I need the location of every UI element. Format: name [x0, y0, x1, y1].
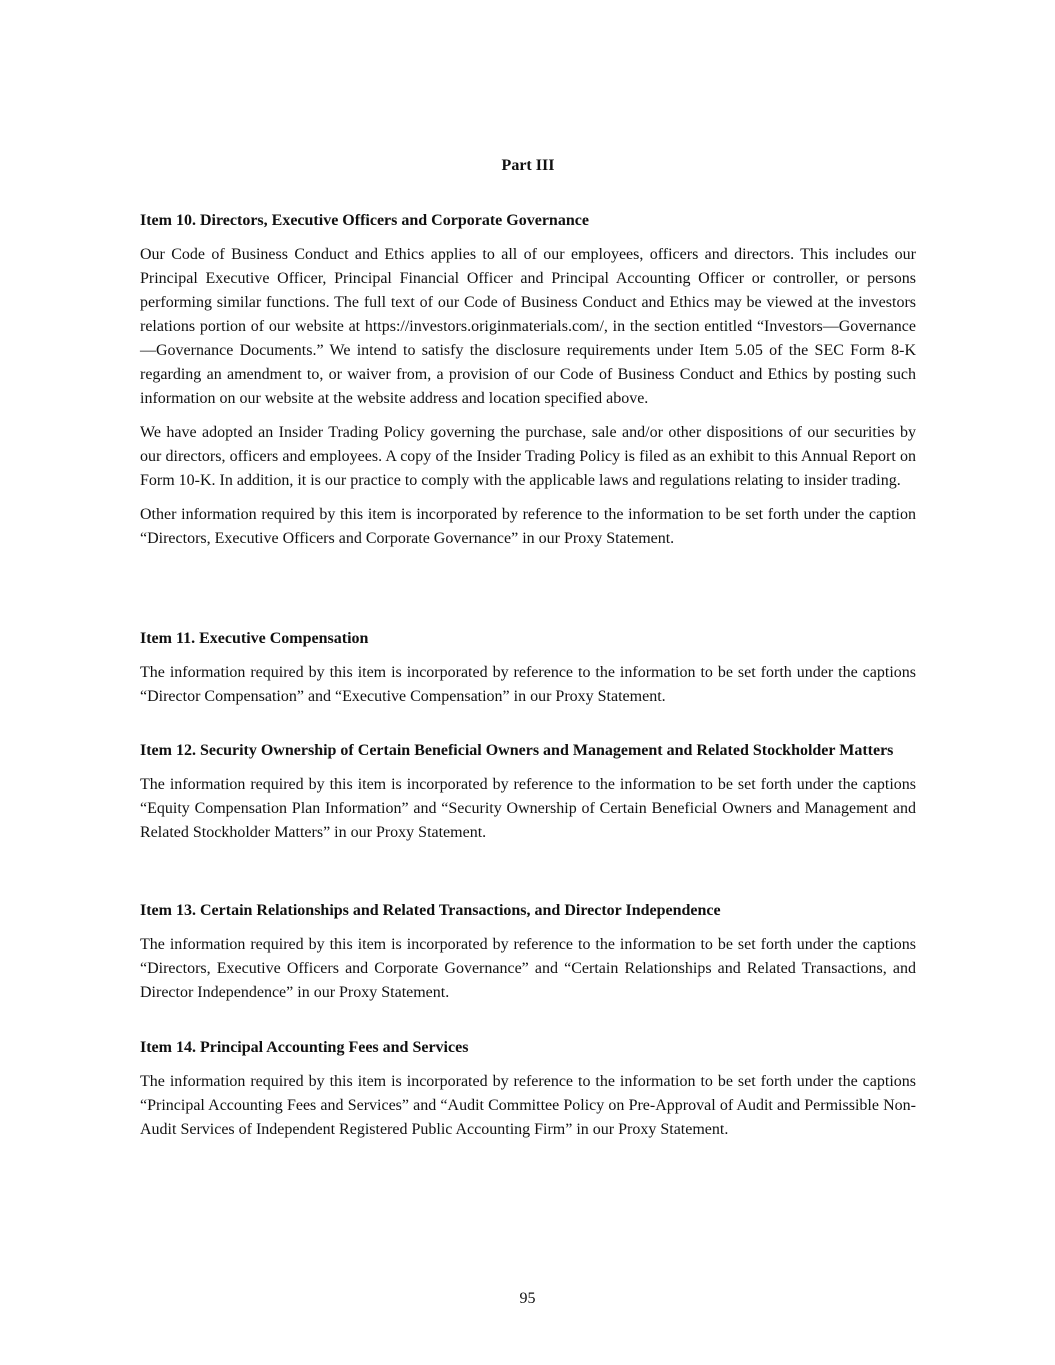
item-14-paragraph: The information required by this item is… — [140, 1070, 916, 1142]
item-10-paragraph-2: We have adopted an Insider Trading Polic… — [140, 421, 916, 493]
item-11-section: Item 11. Executive Compensation The info… — [140, 627, 916, 719]
item-14-heading: Item 14. Principal Accounting Fees and S… — [140, 1036, 916, 1060]
item-13-paragraph: The information required by this item is… — [140, 933, 916, 1005]
part-title: Part III — [140, 155, 916, 177]
item-11-heading: Item 11. Executive Compensation — [140, 627, 916, 651]
page-number: 95 — [0, 1288, 1055, 1310]
item-12-section: Item 12. Security Ownership of Certain B… — [140, 739, 916, 855]
item-10-heading: Item 10. Directors, Executive Officers a… — [140, 209, 916, 233]
item-12-heading: Item 12. Security Ownership of Certain B… — [140, 739, 916, 763]
item-10-paragraph-3: Other information required by this item … — [140, 503, 916, 551]
item-13-section: Item 13. Certain Relationships and Relat… — [140, 899, 916, 1015]
item-13-heading: Item 13. Certain Relationships and Relat… — [140, 899, 916, 923]
item-10-section: Item 10. Directors, Executive Officers a… — [140, 209, 916, 561]
item-12-paragraph: The information required by this item is… — [140, 773, 916, 845]
item-10-paragraph-1: Our Code of Business Conduct and Ethics … — [140, 243, 916, 411]
item-14-section: Item 14. Principal Accounting Fees and S… — [140, 1036, 916, 1152]
item-11-paragraph: The information required by this item is… — [140, 661, 916, 709]
